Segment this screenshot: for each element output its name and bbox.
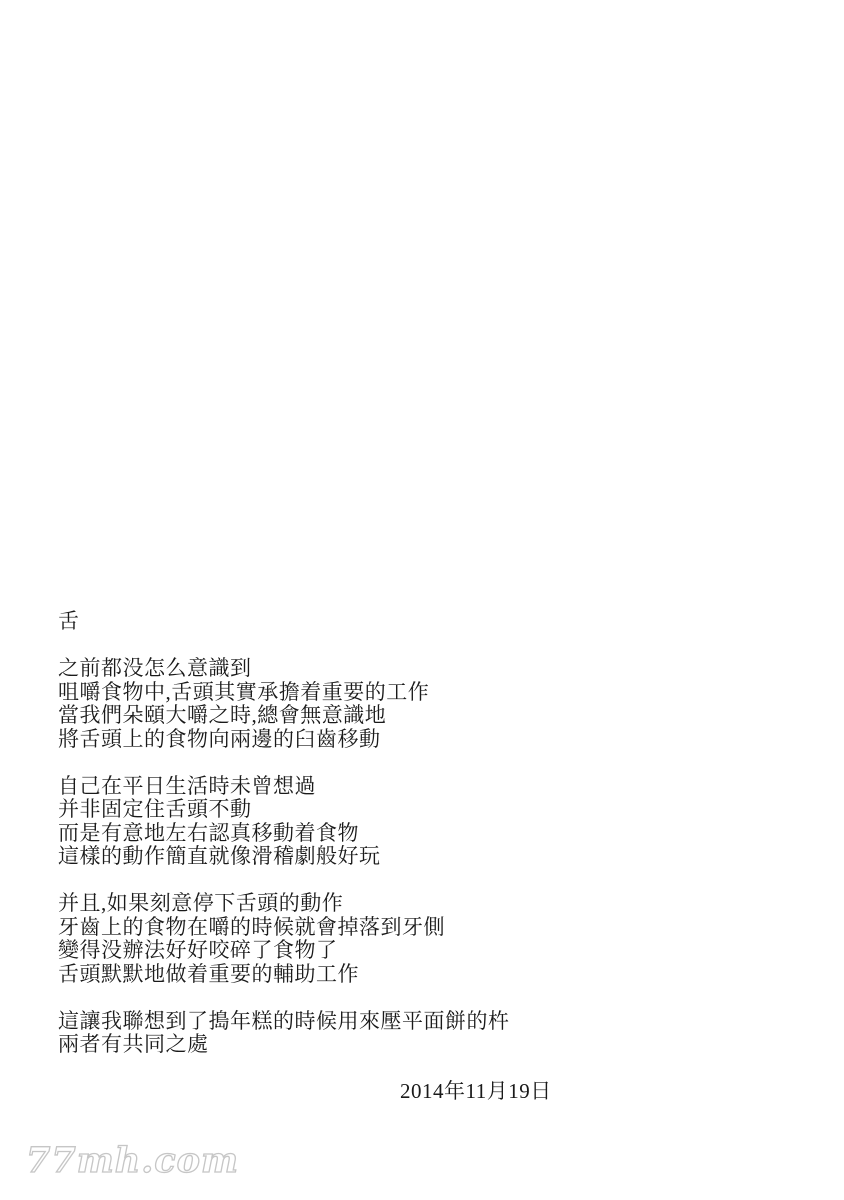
text-block: 舌 之前都没怎么意識到咀嚼食物中,舌頭其實承擔着重要的工作當我們朵頤大嚼之時,總… — [58, 610, 552, 1104]
text-line: 并非固定住舌頭不動 — [58, 798, 552, 822]
text-line: 并且,如果刻意停下舌頭的動作 — [58, 892, 552, 916]
text-line: 舌頭默默地做着重要的輔助工作 — [58, 963, 552, 987]
text-line: 將舌頭上的食物向兩邊的臼齒移動 — [58, 728, 552, 752]
text-line: 之前都没怎么意識到 — [58, 657, 552, 681]
text-line: 兩者有共同之處 — [58, 1033, 552, 1057]
paragraph: 自己在平日生活時未曾想過并非固定住舌頭不動而是有意地左右認真移動着食物這樣的動作… — [58, 775, 552, 869]
document-title: 舌 — [58, 610, 552, 634]
text-line: 牙齒上的食物在嚼的時候就會掉落到牙側 — [58, 916, 552, 940]
text-line: 咀嚼食物中,舌頭其實承擔着重要的工作 — [58, 681, 552, 705]
text-line: 當我們朵頤大嚼之時,總會無意識地 — [58, 704, 552, 728]
text-line: 這樣的動作簡直就像滑稽劇般好玩 — [58, 845, 552, 869]
date-line: 2014年11月19日 — [58, 1080, 552, 1104]
text-line: 變得没辦法好好咬碎了食物了 — [58, 939, 552, 963]
paragraph: 這讓我聯想到了搗年糕的時候用來壓平面餅的杵兩者有共同之處 — [58, 1010, 552, 1057]
paragraphs-container: 之前都没怎么意識到咀嚼食物中,舌頭其實承擔着重要的工作當我們朵頤大嚼之時,總會無… — [58, 657, 552, 1057]
page: 舌 之前都没怎么意識到咀嚼食物中,舌頭其實承擔着重要的工作當我們朵頤大嚼之時,總… — [0, 0, 844, 1200]
text-line: 而是有意地左右認真移動着食物 — [58, 822, 552, 846]
watermark: 77mh.com — [26, 1140, 239, 1181]
text-line: 自己在平日生活時未曾想過 — [58, 775, 552, 799]
text-line: 這讓我聯想到了搗年糕的時候用來壓平面餅的杵 — [58, 1010, 552, 1034]
paragraph: 之前都没怎么意識到咀嚼食物中,舌頭其實承擔着重要的工作當我們朵頤大嚼之時,總會無… — [58, 657, 552, 751]
paragraph: 并且,如果刻意停下舌頭的動作牙齒上的食物在嚼的時候就會掉落到牙側變得没辦法好好咬… — [58, 892, 552, 986]
